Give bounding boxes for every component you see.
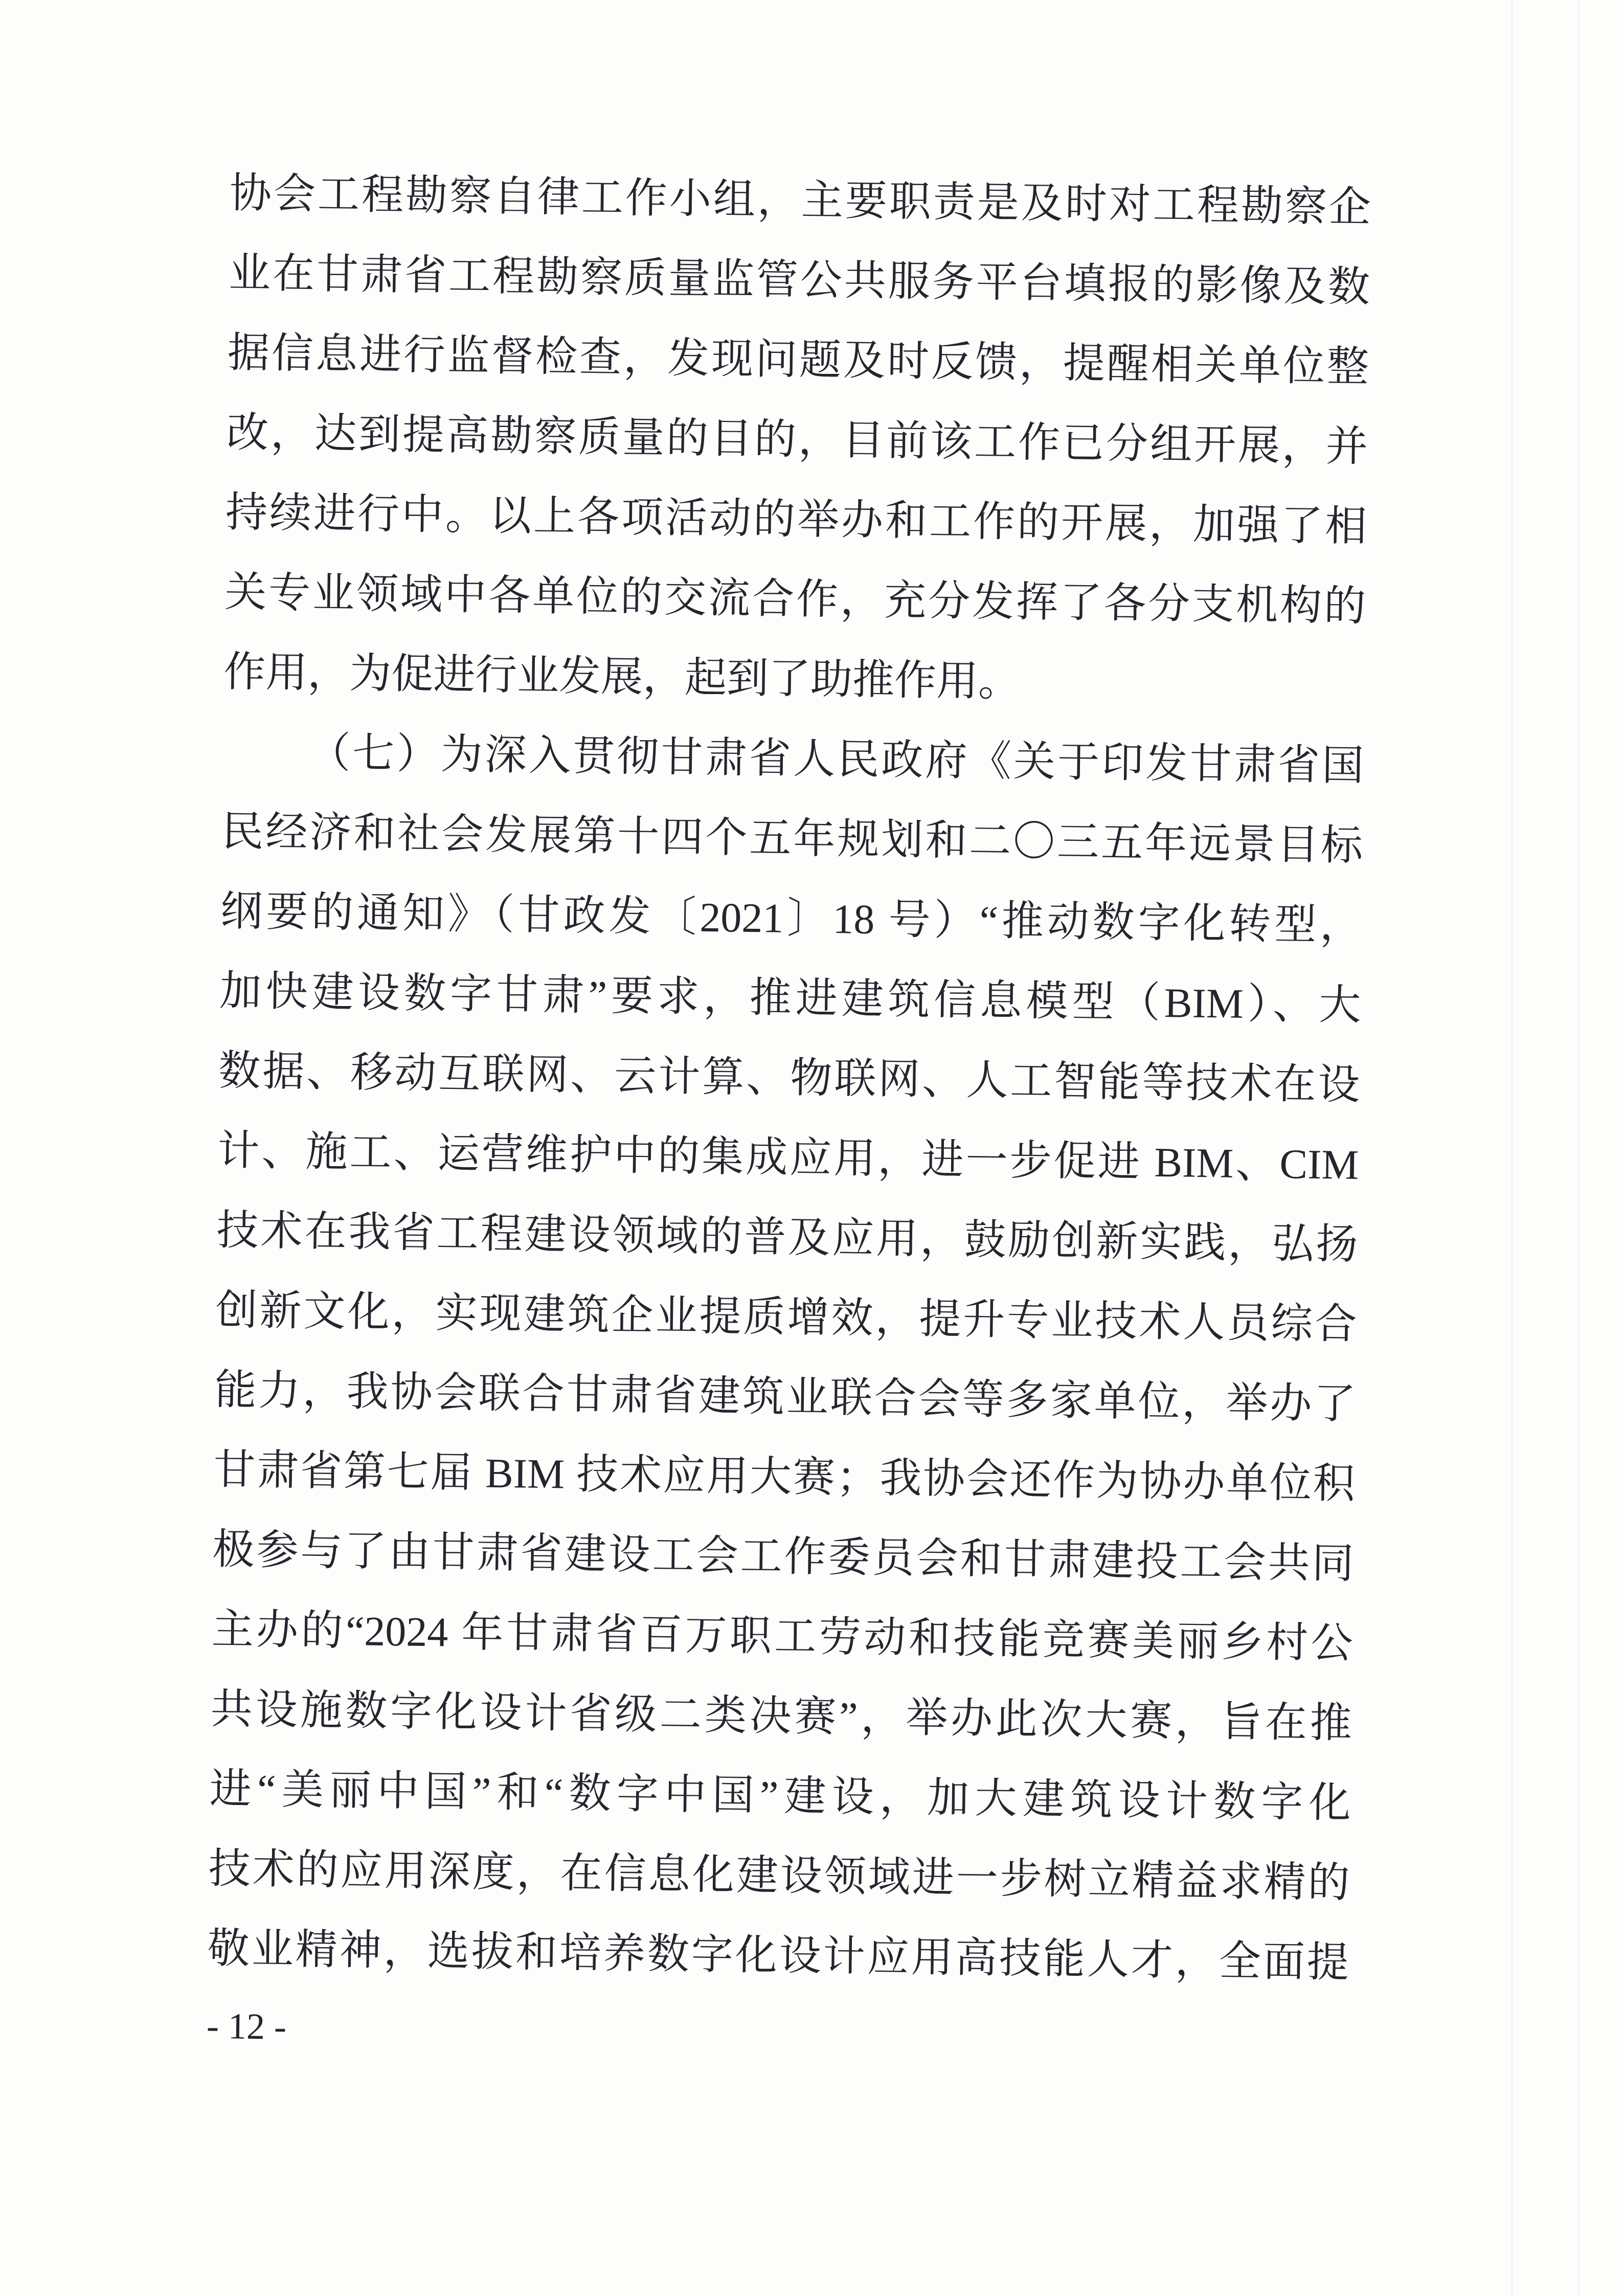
footer-page-number: - 12 -: [206, 1998, 1348, 2068]
text-line: 敬业精神，选拔和培养数字化设计应用高技能人才，全面提: [207, 1909, 1349, 2003]
text-line: 纲要的通知》（甘政发〔2021〕18 号）“推动数字化转型，: [220, 872, 1362, 966]
text-line: 持续进行中。以上各项活动的举办和工作的开展，加强了相: [225, 473, 1367, 567]
text-line: 作用，为促进行业发展，起到了助推作用。: [223, 632, 1365, 726]
text-line: 民经济和社会发展第十四个五年规划和二〇三五年远景目标: [221, 792, 1363, 886]
text-line: 进“美丽中国”和“数字中国”建设，加大建筑设计数字化: [209, 1749, 1351, 1843]
text-line: 极参与了由甘肃省建设工会工作委员会和甘肃建投工会共同: [212, 1510, 1355, 1604]
scan-streak: [1511, 0, 1513, 2296]
text-line: 技术的应用深度，在信息化建设领域进一步树立精益求精的: [208, 1829, 1350, 1923]
text-line: 改，达到提高勘察质量的目的，目前该工作已分组开展，并: [226, 393, 1368, 487]
text-line: （七）为深入贯彻甘肃省人民政府《关于印发甘肃省国: [222, 712, 1364, 806]
text-block: 协会工程勘察自律工作小组，主要职责是及时对工程勘察企业在甘肃省工程勘察质量监管公…: [206, 153, 1371, 2068]
document-page: 协会工程勘察自律工作小组，主要职责是及时对工程勘察企业在甘肃省工程勘察质量监管公…: [0, 0, 1623, 2296]
text-line: 创新文化，实现建筑企业提质增效，提升专业技术人员综合: [215, 1270, 1358, 1365]
text-line: 计、施工、运营维护中的集成应用，进一步促进 BIM、CIM: [217, 1111, 1360, 1205]
text-line: 业在甘肃省工程勘察质量监管公共服务平台填报的影像及数: [228, 233, 1370, 327]
text-line: 加快建设数字甘肃”要求，推进建筑信息模型（BIM）、大: [219, 951, 1361, 1045]
text-line: 技术在我省工程建设领域的普及应用，鼓励创新实践，弘扬: [216, 1191, 1359, 1285]
text-line: 据信息进行监督检查，发现问题及时反馈，提醒相关单位整: [227, 313, 1369, 407]
text-line: 主办的“2024 年甘肃省百万职工劳动和技能竞赛美丽乡村公: [211, 1590, 1354, 1684]
text-line: 数据、移动互联网、云计算、物联网、人工智能等技术在设: [218, 1031, 1360, 1125]
text-line: 能力，我协会联合甘肃省建筑业联合会等多家单位，举办了: [214, 1350, 1357, 1444]
text-line: 甘肃省第七届 BIM 技术应用大赛；我协会还作为协办单位积: [213, 1430, 1356, 1524]
scan-streak: [1577, 0, 1580, 2296]
text-line: 共设施数字化设计省级二类决赛”，举办此次大赛，旨在推: [210, 1669, 1352, 1764]
text-line: 协会工程勘察自律工作小组，主要职责是及时对工程勘察企: [229, 153, 1371, 248]
text-line: 关专业领域中各单位的交流合作，充分发挥了各分支机构的: [224, 552, 1366, 647]
